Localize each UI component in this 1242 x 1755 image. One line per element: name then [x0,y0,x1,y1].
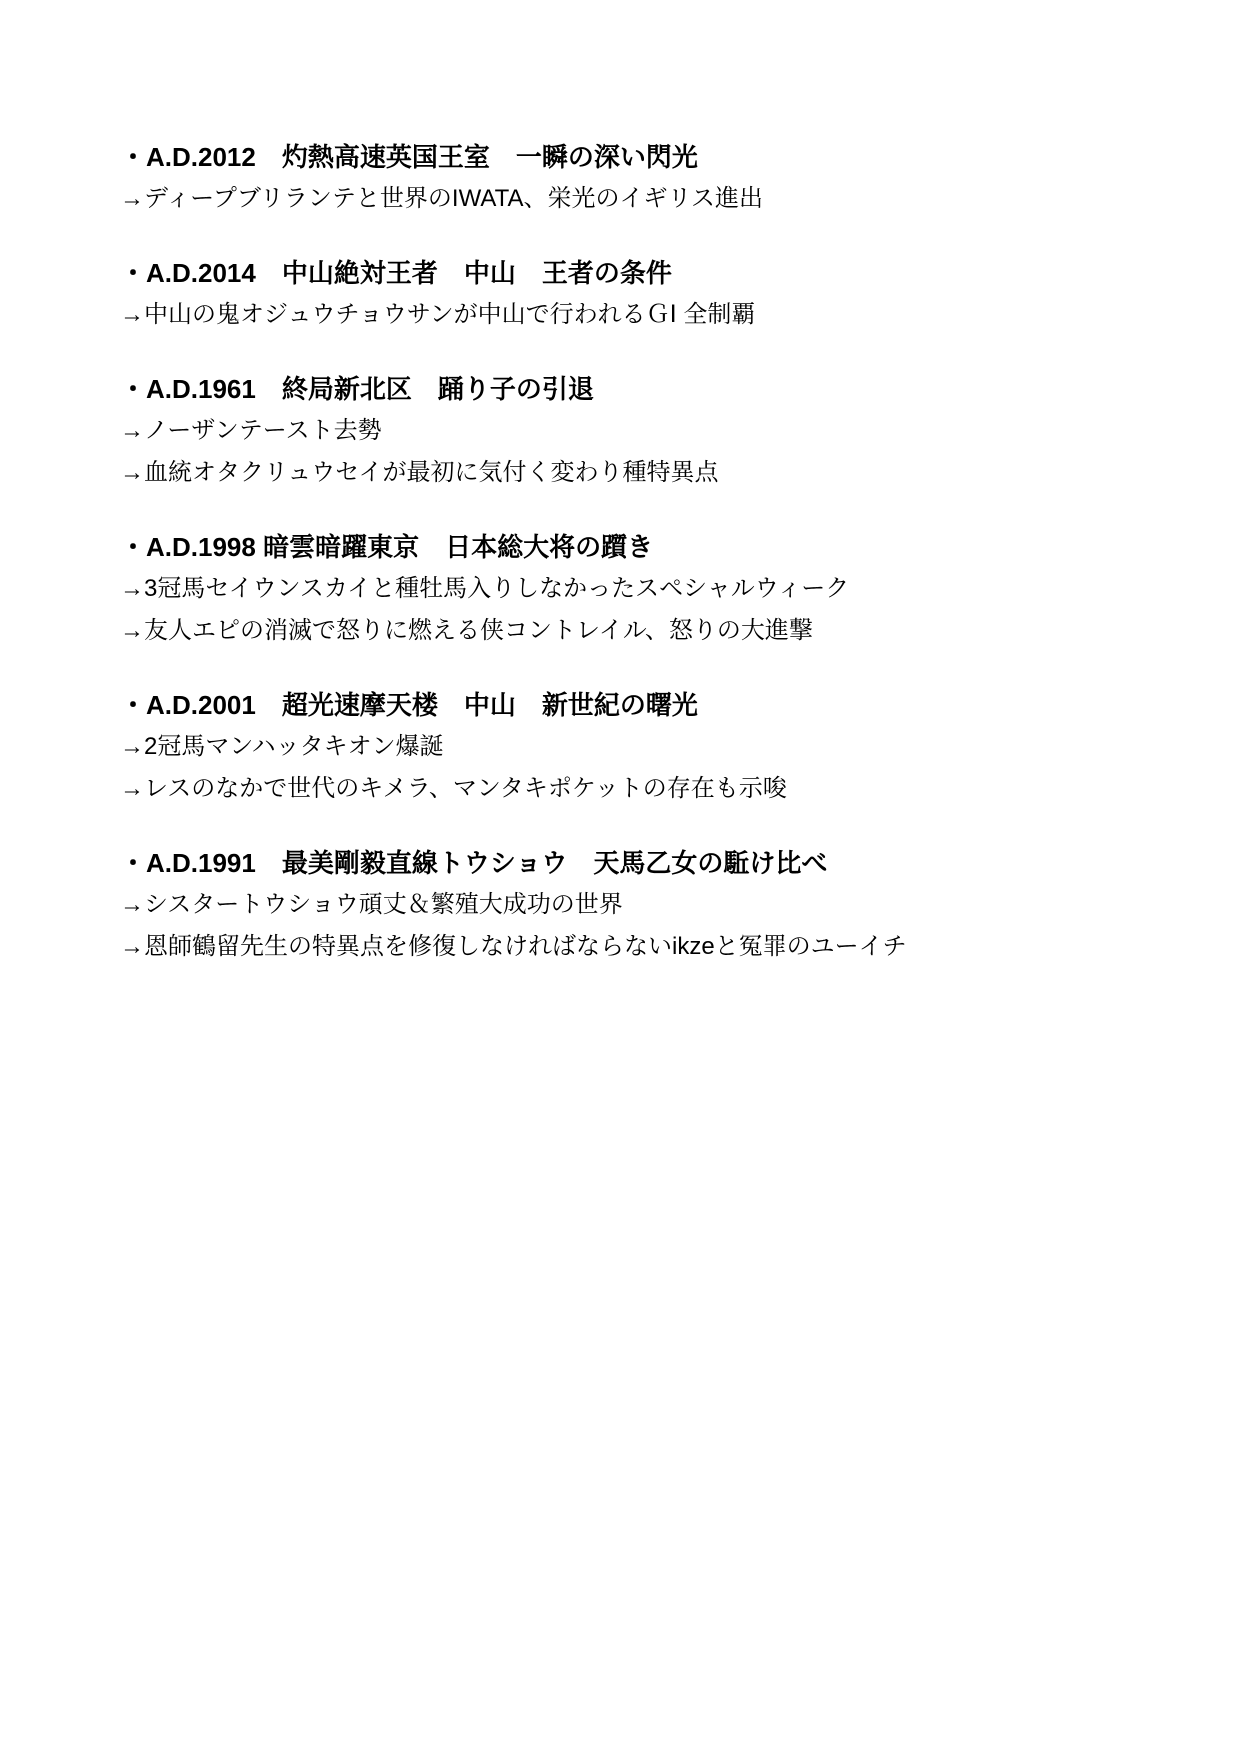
entry-detail: →ノーザンテースト去勢 [120,410,1142,452]
entry-heading: ・A.D.2001 超光速摩天楼 中山 新世紀の曙光 [120,684,1142,726]
timeline-entry-1998: ・A.D.1998 暗雲暗躍東京 日本総大将の躓き →3冠馬セイウンスカイと種牡… [120,526,1142,652]
timeline-entry-2001: ・A.D.2001 超光速摩天楼 中山 新世紀の曙光 →2冠馬マンハッタキオン爆… [120,684,1142,810]
entry-heading: ・A.D.1998 暗雲暗躍東京 日本総大将の躓き [120,526,1142,568]
timeline-entry-2012: ・A.D.2012 灼熱高速英国王室 一瞬の深い閃光 →ディープブリランテと世界… [120,136,1142,220]
timeline-entry-2014: ・A.D.2014 中山絶対王者 中山 王者の条件 →中山の鬼オジュウチョウサン… [120,252,1142,336]
entry-detail: →血統オタクリュウセイが最初に気付く変わり種特異点 [120,452,1142,494]
entry-detail: →2冠馬マンハッタキオン爆誕 [120,726,1142,768]
entry-detail: →中山の鬼オジュウチョウサンが中山で行われるＧⅠ 全制覇 [120,294,1142,336]
entry-detail: →ディープブリランテと世界のIWATA、栄光のイギリス進出 [120,178,1142,220]
entry-detail: →シスタートウショウ頑丈＆繁殖大成功の世界 [120,884,1142,926]
entry-detail: →恩師鶴留先生の特異点を修復しなければならないikzeと冤罪のユーイチ [120,926,1142,968]
timeline-entry-1991: ・A.D.1991 最美剛毅直線トウショウ 天馬乙女の駈け比べ →シスタートウシ… [120,842,1142,968]
entry-heading: ・A.D.1991 最美剛毅直線トウショウ 天馬乙女の駈け比べ [120,842,1142,884]
entry-heading: ・A.D.1961 終局新北区 踊り子の引退 [120,368,1142,410]
entry-heading: ・A.D.2012 灼熱高速英国王室 一瞬の深い閃光 [120,136,1142,178]
entry-heading: ・A.D.2014 中山絶対王者 中山 王者の条件 [120,252,1142,294]
entry-detail: →3冠馬セイウンスカイと種牡馬入りしなかったスペシャルウィーク [120,568,1142,610]
timeline-entry-1961: ・A.D.1961 終局新北区 踊り子の引退 →ノーザンテースト去勢 →血統オタ… [120,368,1142,494]
entry-detail: →友人エピの消滅で怒りに燃える侠コントレイル、怒りの大進撃 [120,610,1142,652]
document-page: ・A.D.2012 灼熱高速英国王室 一瞬の深い閃光 →ディープブリランテと世界… [0,0,1242,1755]
entry-detail: →レスのなかで世代のキメラ、マンタキポケットの存在も示唆 [120,768,1142,810]
